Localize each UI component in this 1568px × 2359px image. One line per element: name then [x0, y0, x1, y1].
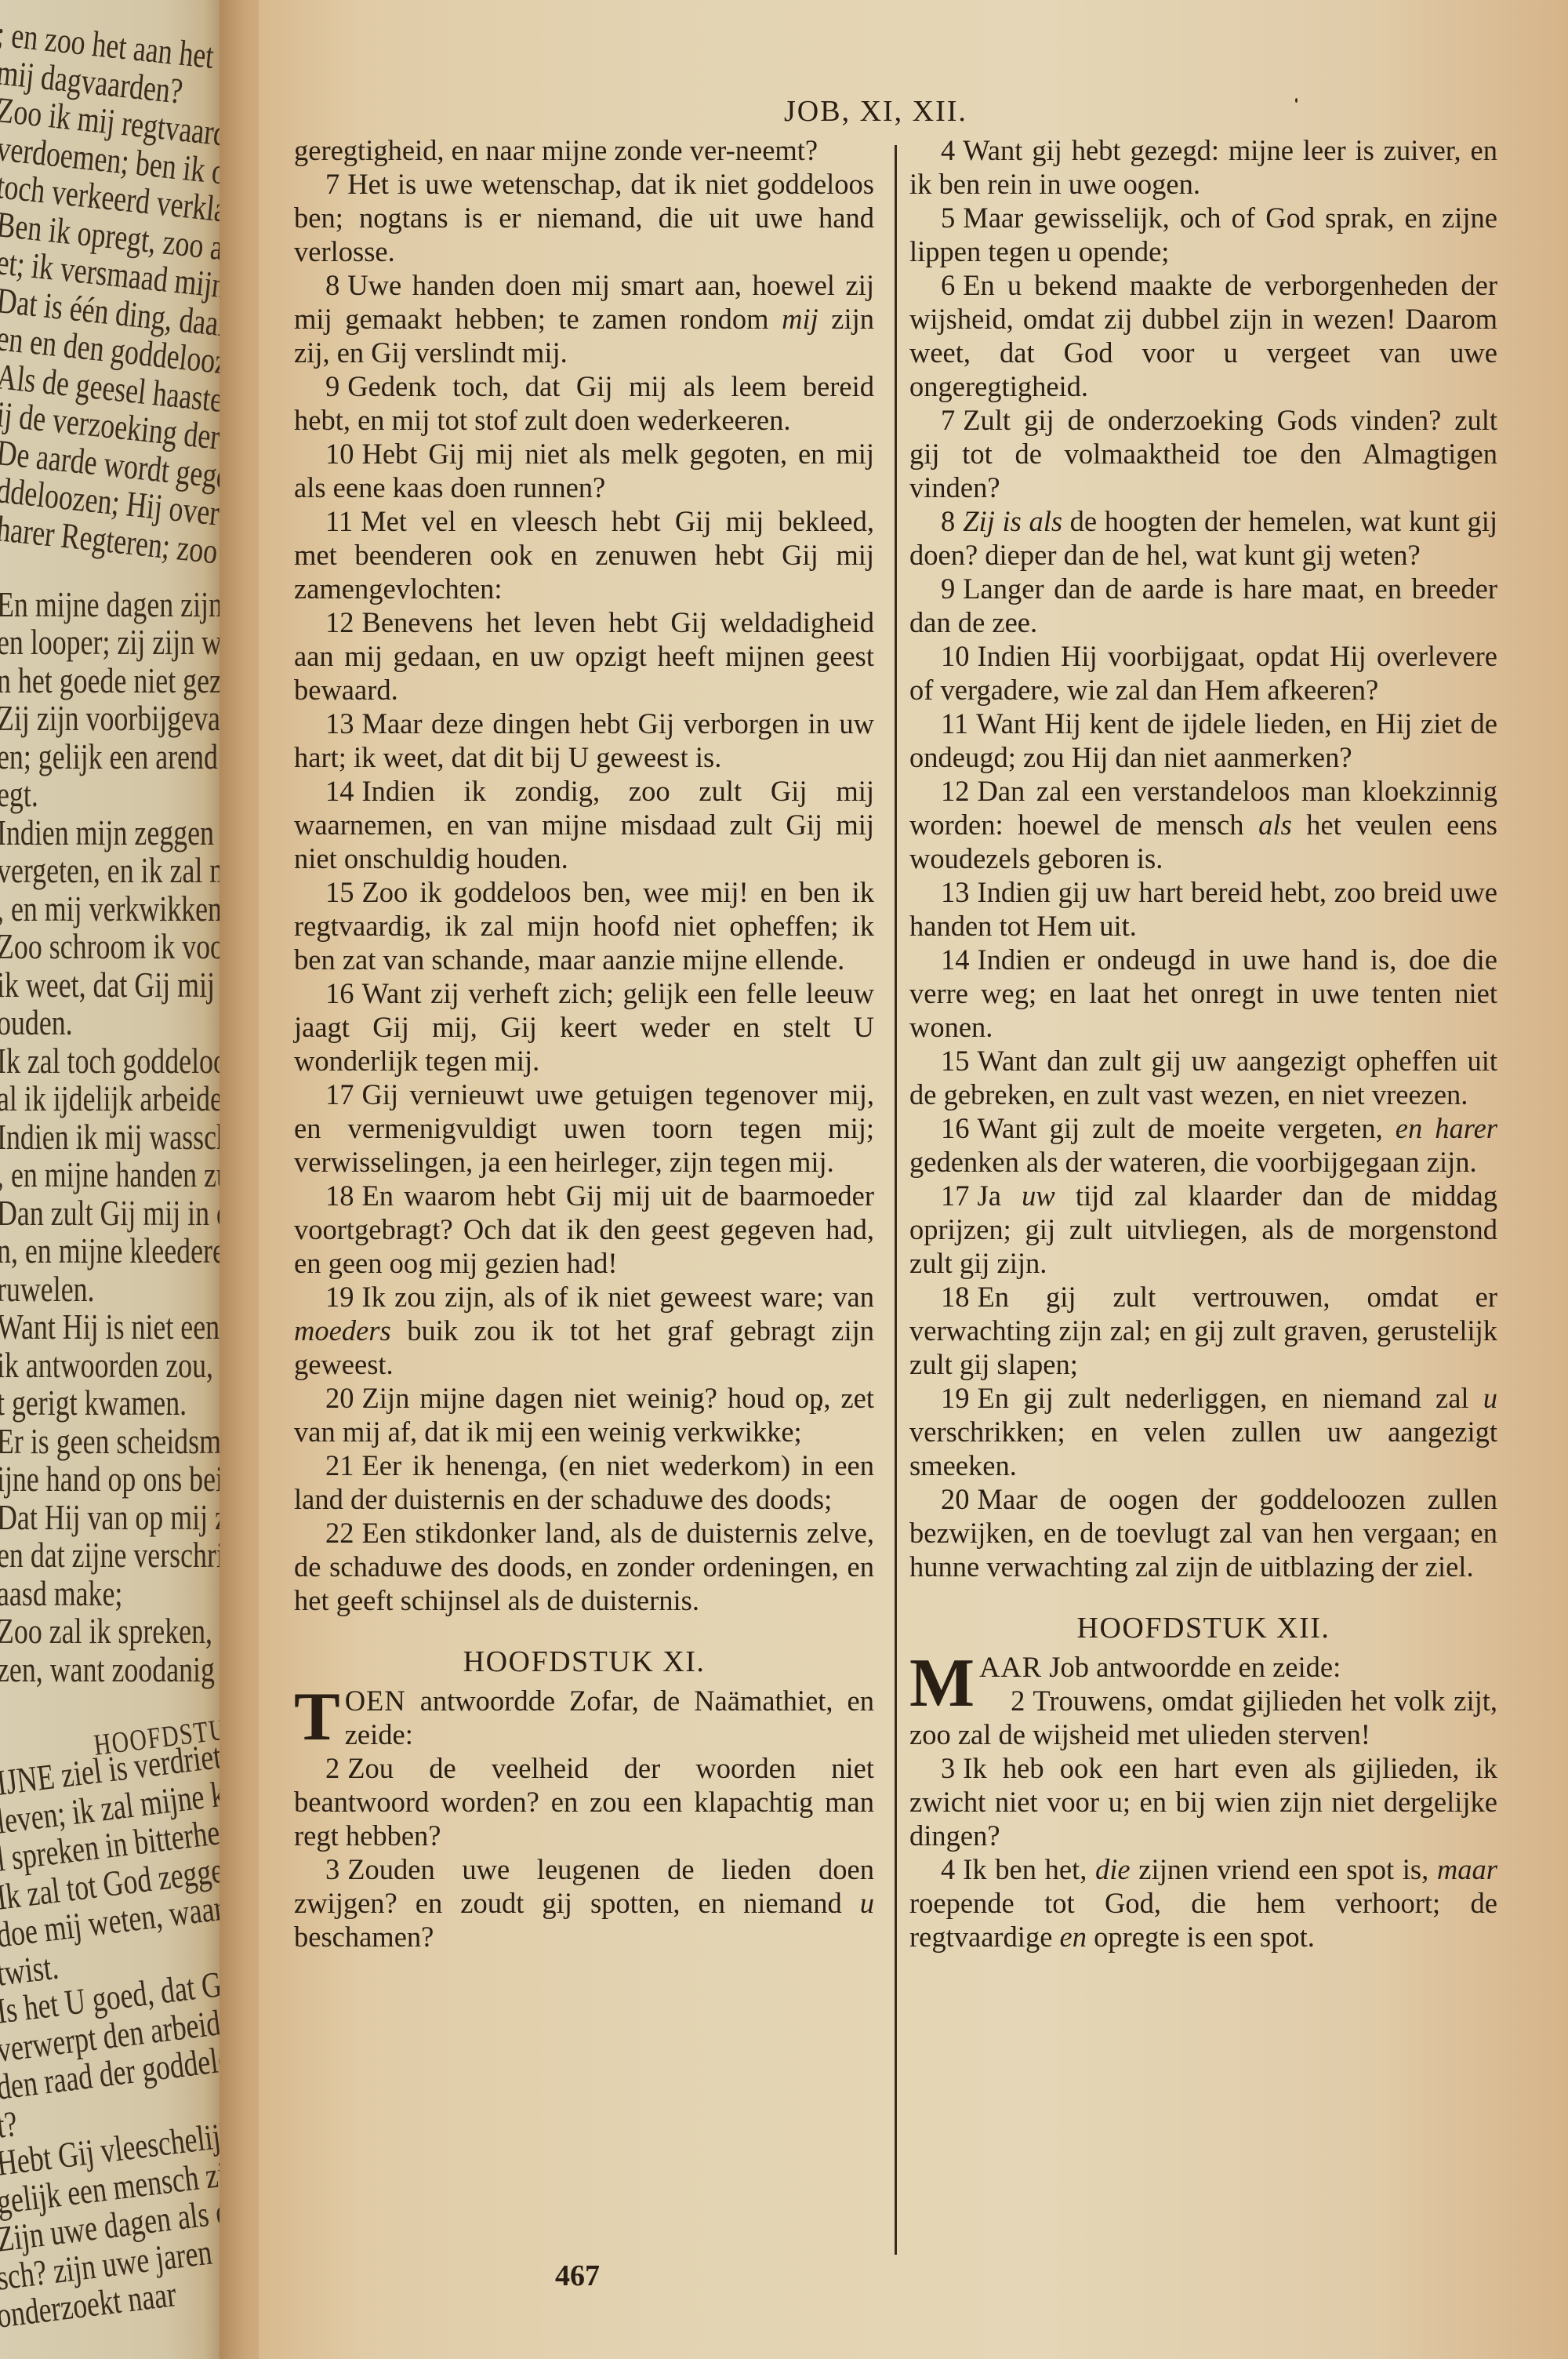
previous-page-line: vergeten, en ik zal mijn geb: [0, 852, 235, 889]
verse-text: Ik zou zijn, als of ik niet geweest ware…: [362, 1281, 875, 1313]
verse-text: Zijn mijne dagen niet weinig? houd op, z…: [294, 1382, 874, 1448]
verse-text: zijnen vriend een spot is,: [1131, 1853, 1437, 1885]
verse: 20Zijn mijne dagen niet weinig? houd op,…: [294, 1381, 874, 1448]
verse-text: Hebt Gij mij niet als melk gegoten, en m…: [294, 438, 874, 503]
verse: 6En u bekend maakte de verborgenheden de…: [909, 268, 1497, 403]
verse-number: 8: [325, 269, 339, 301]
verse: 19Ik zou zijn, als of ik niet geweest wa…: [294, 1280, 874, 1381]
verse: 17Ja uw tijd zal klaarder dan de middag …: [909, 1179, 1497, 1280]
verse-text: Want zij verheft zich; gelijk een felle …: [294, 977, 874, 1077]
previous-page-line: , en mijne handen zuivere m: [0, 1157, 235, 1193]
verse: 14Indien er ondeugd in uwe hand is, doe …: [909, 943, 1497, 1044]
verse: 5Maar gewisselijk, och of God sprak, en …: [909, 201, 1497, 268]
verse-text: Benevens het leven hebt Gij weldadigheid…: [294, 606, 874, 706]
chapter-xi-opening: TOEN antwoordde Zofar, de Naämathiet, en…: [294, 1684, 874, 1751]
previous-page-line: Indien ik mij wassche met: [0, 1119, 235, 1155]
previous-page-line: Er is geen scheidsman tusse: [0, 1423, 235, 1459]
verse: 18En waarom hebt Gij mij uit de baarmoed…: [294, 1179, 874, 1280]
verse-text: Want gij zult de moeite vergeten,: [978, 1112, 1396, 1144]
ink-speck: [1295, 98, 1298, 103]
verse-number: 2: [325, 1752, 339, 1784]
page-number: 467: [555, 2259, 600, 2293]
previous-page-line: ik weet, dat Gij mij niet on: [0, 967, 235, 1003]
verse-number: 4: [941, 134, 955, 166]
verse-number: 15: [941, 1045, 970, 1077]
verse-text: Een stikdonker land, als de duisternis z…: [294, 1517, 874, 1616]
verse-italic: die: [1095, 1853, 1131, 1885]
verse: 12Benevens het leven hebt Gij weldadighe…: [294, 605, 874, 707]
verse: 18En gij zult vertrouwen, omdat er verwa…: [909, 1280, 1497, 1381]
verse-number: 5: [941, 202, 955, 234]
verse: 15Zoo ik goddeloos ben, wee mij! en ben …: [294, 875, 874, 976]
previous-page-line: Dat Hij van op mij zijne ro: [0, 1499, 235, 1536]
verse-text: Zouden uwe leugenen de lieden doen zwijg…: [294, 1853, 874, 1919]
drop-cap: T: [294, 1688, 340, 1747]
verse: 12Dan zal een verstandeloos man kloekzin…: [909, 774, 1497, 875]
previous-page-line: egt.: [0, 776, 38, 812]
previous-page-line: en looper; zij zijn weggevl: [0, 624, 235, 660]
verse: 20Maar de oogen der goddeloozen zullen b…: [909, 1482, 1497, 1583]
previous-page-line: zen, want zoodanig ben ik: [0, 1652, 235, 1688]
verse-italic: als: [1258, 809, 1292, 841]
verse-number: 20: [941, 1483, 970, 1515]
verse-number: 9: [941, 572, 955, 605]
verse-number: 14: [325, 775, 354, 807]
verse: 13Indien gij uw hart bereid hebt, zoo br…: [909, 875, 1497, 943]
verse-text: En gij zult vertrouwen, omdat er verwach…: [909, 1281, 1497, 1380]
verse: 3Zouden uwe leugenen de lieden doen zwij…: [294, 1852, 874, 1954]
verse: 4Want gij hebt gezegd: mijne leer is zui…: [909, 133, 1497, 201]
verse-number: 22: [325, 1517, 354, 1549]
verse-number: 19: [941, 1382, 970, 1414]
verse: 10Hebt Gij mij niet als melk gegoten, en…: [294, 437, 874, 504]
previous-page-line: Zoo zal ik spreken, en H: [0, 1613, 235, 1649]
verse-text: Zult gij de onderzoeking Gods vinden? zu…: [909, 404, 1497, 503]
previous-page-line: en; gelijk een arend naar: [0, 739, 235, 775]
chapter-title-xii: HOOFDSTUK XII.: [909, 1612, 1497, 1645]
verse-number: 12: [325, 606, 354, 638]
verse: 22Een stikdonker land, als de duisternis…: [294, 1516, 874, 1617]
verse-italic: u: [1483, 1382, 1497, 1414]
verse: 2Trouwens, omdat gijlieden het volk zijt…: [909, 1684, 1497, 1751]
verse-number: 19: [325, 1281, 354, 1313]
ink-speck: [817, 1407, 821, 1411]
verse: 11Met vel en vleesch hebt Gij mij beklee…: [294, 504, 874, 605]
verse-number: 9: [325, 370, 339, 402]
verse: 8Zij is als de hoogten der hemelen, wat …: [909, 504, 1497, 572]
verse-text: En gij zult nederliggen, en niemand zal: [978, 1382, 1483, 1414]
verse-text: En waarom hebt Gij mij uit de baarmoeder…: [294, 1179, 874, 1279]
previous-page-line: t gerigt kwamen.: [0, 1385, 187, 1421]
verse-text: Zoo ik goddeloos ben, wee mij! en ben ik…: [294, 876, 874, 976]
verse-number: 20: [325, 1382, 354, 1414]
verse-italic: u: [860, 1887, 874, 1919]
verse-number: 7: [325, 168, 339, 200]
verse-text: verschrikken; en velen zullen uw aangezi…: [909, 1416, 1497, 1481]
verse: 16Want gij zult de moeite vergeten, en h…: [909, 1111, 1497, 1179]
chapter-xi-verses-right: 4Want gij hebt gezegd: mijne leer is zui…: [909, 133, 1497, 1583]
verse-italic: en harer: [1396, 1112, 1497, 1144]
verse-text: opregte is een spot.: [1087, 1921, 1315, 1953]
verse-number: 16: [325, 977, 354, 1009]
verse-text: En u bekend maakte de verborgenheden der…: [909, 269, 1497, 402]
verse-number: 8: [941, 505, 955, 537]
previous-page-line: en dat zijne verschrikking: [0, 1537, 235, 1573]
chapter-xi-verses-left: 2Zou de veelheid der woorden niet beantw…: [294, 1751, 874, 1954]
previous-page-line: Indien mijn zeggen is: ik z: [0, 815, 235, 851]
verse-number: 21: [325, 1449, 354, 1481]
verse-text: Indien gij uw hart bereid hebt, zoo brei…: [909, 876, 1497, 942]
verse-italic: Zij is als: [963, 505, 1062, 537]
verse: 3Ik heb ook een hart even als gijlieden,…: [909, 1751, 1497, 1852]
previous-page-line: ouden.: [0, 1005, 73, 1041]
verse-number: 18: [941, 1281, 970, 1313]
verse: 7Zult gij de onderzoeking Gods vinden? z…: [909, 403, 1497, 504]
verse-number: 16: [941, 1112, 970, 1144]
verse-number: 7: [941, 404, 955, 436]
verse-number: 2: [1011, 1685, 1025, 1717]
verse-italic: mij: [782, 303, 818, 335]
verse-number: 10: [941, 640, 970, 672]
chapter-xii-opening: MAAR Job antwoordde en zeide:: [909, 1650, 1497, 1684]
ink-speck: [1295, 1429, 1299, 1433]
verse-text: Eer ik henenga, (en niet wederkom) in ee…: [294, 1449, 874, 1515]
running-head: JOB, XI, XII.: [784, 94, 967, 129]
verse-text: Ik ben het,: [963, 1853, 1095, 1885]
verse-italic: maar: [1437, 1853, 1497, 1885]
previous-page-edge: ; en zoo het aan het re mij dagvaarden?Z…: [0, 0, 235, 2359]
verse-text: Het is uwe wetenschap, dat ik niet godde…: [294, 168, 874, 267]
verse-text: Maar gewisselijk, och of God sprak, en z…: [909, 202, 1497, 267]
verse-text: Want Hij kent de ijdele lieden, en Hij z…: [909, 707, 1497, 773]
verse: 9Gedenk toch, dat Gij mij als leem berei…: [294, 369, 874, 437]
verse-text: Indien er ondeugd in uwe hand is, doe di…: [909, 943, 1497, 1043]
verse: 11Want Hij kent de ijdele lieden, en Hij…: [909, 707, 1497, 774]
previous-page-line: Ik zal toch goddeloos zijn:: [0, 1043, 235, 1079]
verse-number: 17: [325, 1078, 354, 1110]
previous-page-line: Zoo schroom ik voor al mijn: [0, 929, 235, 965]
verse-text: Maar deze dingen hebt Gij verborgen in u…: [294, 707, 874, 773]
verse: 13Maar deze dingen hebt Gij verborgen in…: [294, 707, 874, 774]
verse-number: 6: [941, 269, 955, 301]
chapter-xii-verses: 2Trouwens, omdat gijlieden het volk zijt…: [909, 1684, 1497, 1954]
previous-page-line: n, en mijne kleederen z: [0, 1233, 235, 1269]
previous-page-line: ruwelen.: [0, 1271, 95, 1307]
verse-text: Langer dan de aarde is hare maat, en bre…: [909, 572, 1497, 638]
previous-page-line: ijne hand op ons beiden legg: [0, 1461, 235, 1497]
verse-text: gedenken als der wateren, die voorbijgeg…: [909, 1146, 1477, 1178]
verse-italic: en: [1060, 1921, 1087, 1953]
verse-italic: uw: [1022, 1179, 1055, 1212]
chapter-x-verses: 7Het is uwe wetenschap, dat ik niet godd…: [294, 167, 874, 1617]
verse-text: Maar de oogen der goddeloozen zullen bez…: [909, 1483, 1497, 1583]
verse-text: Gij vernieuwt uwe getuigen tegenover mij…: [294, 1078, 874, 1178]
previous-page-line: t?: [0, 2106, 20, 2144]
verse: 16Want zij verheft zich; gelijk een fell…: [294, 976, 874, 1078]
column-divider: [895, 145, 897, 2255]
verse-number: 4: [941, 1853, 955, 1885]
verse-text: Met vel en vleesch hebt Gij mij bekleed,…: [294, 505, 874, 605]
verse-text: Ik heb ook een hart even als gijlieden, …: [909, 1752, 1497, 1852]
verse: 2Zou de veelheid der woorden niet beantw…: [294, 1751, 874, 1852]
verse-text: Gedenk toch, dat Gij mij als leem bereid…: [294, 370, 874, 436]
previous-page-line: En mijne dagen zijn ligter: [0, 587, 235, 623]
previous-page-line: al ik ijdelijk arbeiden?: [0, 1081, 235, 1117]
verse: 8Uwe handen doen mij smart aan, hoewel z…: [294, 268, 874, 369]
previous-page-line: n het goede niet gezien.: [0, 663, 235, 699]
previous-page-line: Zij zijn voorbijgevaren m: [0, 700, 235, 736]
verse-number: 11: [325, 505, 353, 537]
verse-number: 13: [325, 707, 354, 740]
verse-text: Ja: [978, 1179, 1022, 1212]
verse-number: 17: [941, 1179, 970, 1212]
verse-text: Want dan zult gij uw aangezigt opheffen …: [909, 1045, 1497, 1110]
left-column: geregtigheid, en naar mijne zonde ver-ne…: [294, 133, 874, 1954]
verse: 4Ik ben het, die zijnen vriend een spot …: [909, 1852, 1497, 1954]
verse-text: beschamen?: [294, 1921, 434, 1953]
previous-page-line: Want Hij is niet een man: [0, 1309, 235, 1345]
verse-continuation: geregtigheid, en naar mijne zonde ver-ne…: [294, 133, 874, 167]
verse: 21Eer ik henenga, (en niet wederkom) in …: [294, 1448, 874, 1516]
verse-number: 10: [325, 438, 354, 470]
verse-text: Want gij hebt gezegd: mijne leer is zuiv…: [909, 134, 1497, 200]
drop-cap: M: [909, 1655, 975, 1713]
verse-number: 11: [941, 707, 968, 740]
previous-page-line: Dan zult Gij mij in de gr: [0, 1195, 235, 1231]
verse-italic: moeders: [294, 1314, 391, 1347]
verse: 9Langer dan de aarde is hare maat, en br…: [909, 572, 1497, 639]
verse-text: Trouwens, omdat gijlieden het volk zijt,…: [909, 1685, 1497, 1750]
verse: 7Het is uwe wetenschap, dat ik niet godd…: [294, 167, 874, 268]
verse-text: Indien ik zondig, zoo zult Gij mij waarn…: [294, 775, 874, 874]
verse: 19En gij zult nederliggen, en niemand za…: [909, 1381, 1497, 1482]
verse-number: 15: [325, 876, 354, 908]
verse: 14Indien ik zondig, zoo zult Gij mij waa…: [294, 774, 874, 875]
verse: 17Gij vernieuwt uwe getuigen tegenover m…: [294, 1078, 874, 1179]
verse: 15Want dan zult gij uw aangezigt opheffe…: [909, 1044, 1497, 1111]
previous-page-line: , en mij verkwikken;: [0, 891, 230, 927]
verse-text: Zou de veelheid der woorden niet beantwo…: [294, 1752, 874, 1852]
verse: 10Indien Hij voorbijgaat, opdat Hij over…: [909, 639, 1497, 707]
verse-number: 3: [941, 1752, 955, 1784]
right-column: 4Want gij hebt gezegd: mijne leer is zui…: [909, 133, 1497, 1954]
verse-text: Indien Hij voorbijgaat, opdat Hij overle…: [909, 640, 1497, 706]
verse-number: 12: [941, 775, 970, 807]
verse-number: 18: [325, 1179, 354, 1212]
previous-page-line: aasd make;: [0, 1576, 122, 1612]
verse-number: 13: [941, 876, 970, 908]
verse-number: 14: [941, 943, 970, 976]
previous-page-line: ik antwoorden zou, zoo wij: [0, 1347, 235, 1383]
verse-number: 3: [325, 1853, 339, 1885]
chapter-title-xi: HOOFDSTUK XI.: [294, 1645, 874, 1679]
